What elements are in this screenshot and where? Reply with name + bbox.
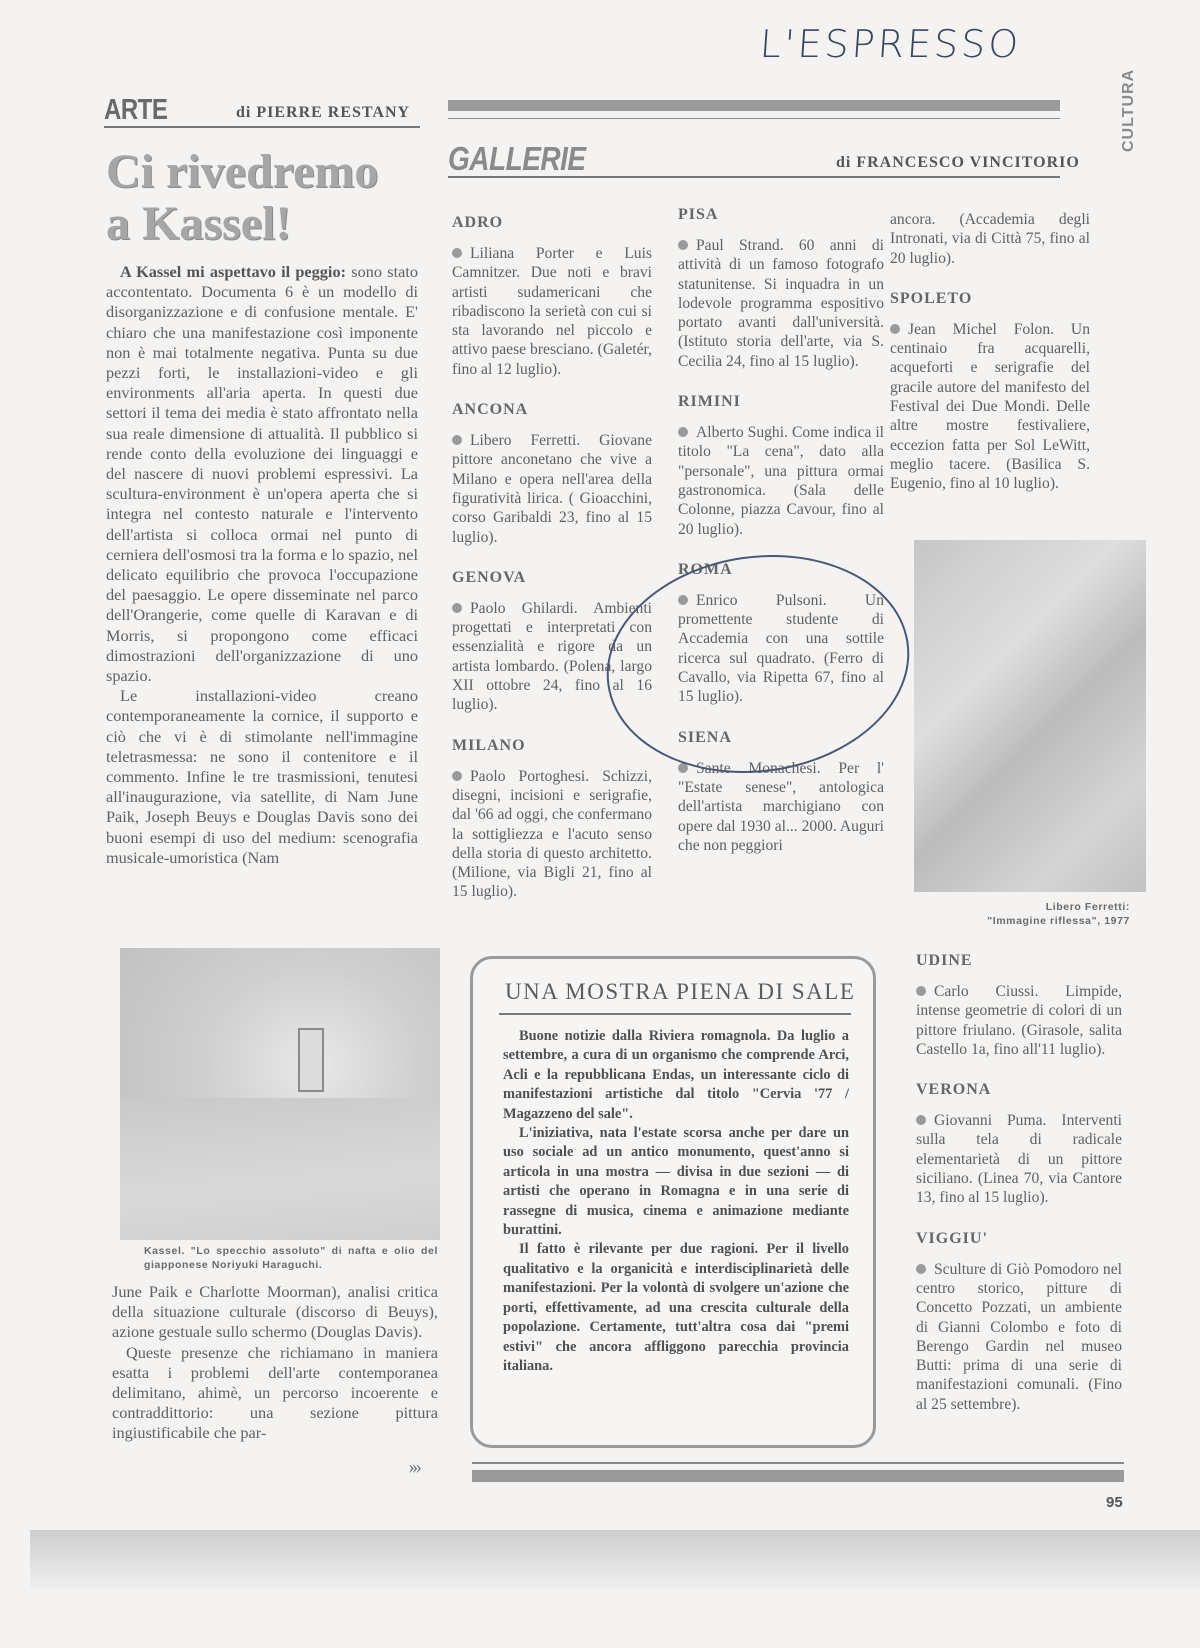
entry-text: Paul Strand. 60 anni di attività di un f… — [678, 237, 884, 370]
bullet-icon — [678, 240, 688, 250]
bullet-icon — [452, 435, 462, 445]
photo-mirror-shape — [298, 1028, 324, 1092]
city-heading: GENOVA — [452, 569, 652, 587]
arte-header-rule — [104, 126, 420, 128]
gallerie-col-1: ADRO Liliana Porter e Luis Camnitzer. Du… — [452, 214, 652, 924]
city-heading: ADRO — [452, 214, 652, 232]
box-para-3: Il fatto è rilevante per due ragioni. Pe… — [503, 1240, 849, 1376]
headline-line-1: Ci rivedremo — [106, 146, 426, 198]
arte-byline: di PIERRE RESTANY — [236, 104, 410, 122]
arte-para-4: Queste presenze che richiamano in manier… — [112, 1343, 438, 1444]
bullet-icon — [452, 248, 462, 258]
gallery-entry-pisa: PISA Paul Strand. 60 anni di attività di… — [678, 206, 884, 371]
gallerie-byline: di FRANCESCO VINCITORIO — [836, 154, 1080, 172]
bullet-icon — [916, 1115, 926, 1125]
box-title-rule — [499, 1013, 851, 1015]
city-heading: RIMINI — [678, 393, 884, 411]
ferretti-photo — [914, 540, 1146, 892]
entry-text: Liliana Porter e Luis Camnitzer. Due not… — [452, 245, 652, 378]
bullet-icon — [452, 771, 462, 781]
ferretti-photo-caption: Libero Ferretti: "Immagine riflessa", 19… — [920, 900, 1130, 928]
city-heading: SPOLETO — [890, 290, 1090, 308]
bullet-icon — [890, 324, 900, 334]
box-body: Buone notizie dalla Riviera romagnola. D… — [503, 1027, 849, 1376]
arte-para-1: sono stato accontentato. Documenta 6 è u… — [106, 262, 418, 685]
kassel-photo-caption: Kassel. "Lo specchio assoluto" di nafta … — [144, 1244, 438, 1272]
bullet-icon — [678, 427, 688, 437]
entry-text: Carlo Ciussi. Limpide, intense geometrie… — [916, 983, 1122, 1058]
footer-band — [472, 1470, 1124, 1482]
gallerie-section-label: GALLERIE — [448, 140, 586, 178]
entry-text: Alberto Sughi. Come indica il titolo "La… — [678, 424, 884, 537]
page-number: 95 — [1106, 1494, 1123, 1511]
continue-arrows-icon: ››› — [408, 1456, 419, 1479]
bullet-icon — [916, 986, 926, 996]
gallery-entry-verona: VERONA Giovanni Puma. Interventi sulla t… — [916, 1081, 1122, 1207]
gallerie-col-2: PISA Paul Strand. 60 anni di attività di… — [678, 206, 884, 877]
gallery-entry-udine: UDINE Carlo Ciussi. Limpide, intense geo… — [916, 952, 1122, 1059]
bullet-icon — [916, 1264, 926, 1274]
gallery-entry-adro: ADRO Liliana Porter e Luis Camnitzer. Du… — [452, 214, 652, 379]
city-heading: PISA — [678, 206, 884, 224]
gallerie-top-band — [448, 100, 1060, 111]
arte-section-label: ARTE — [104, 94, 167, 128]
section-tab-cultura: CULTURA — [1120, 69, 1138, 152]
entry-text: Sante Monachesi. Per l' "Estate senese",… — [678, 760, 884, 854]
gallery-entry-viggiu: VIGGIU' Sculture di Giò Pomodoro nel cen… — [916, 1230, 1122, 1414]
entry-text: Libero Ferretti. Giovane pittore anconet… — [452, 432, 652, 545]
city-heading: VIGGIU' — [916, 1230, 1122, 1248]
arte-body-top: A Kassel mi aspettavo il peggio: sono st… — [106, 262, 418, 868]
gallery-entry-spoleto: SPOLETO Jean Michel Folon. Un centinaio … — [890, 290, 1090, 494]
bullet-icon — [452, 603, 462, 613]
gallery-entry-milano: MILANO Paolo Portoghesi. Schizzi, disegn… — [452, 737, 652, 902]
entry-text: Giovanni Puma. Interventi sulla tela di … — [916, 1112, 1122, 1206]
lead-bold: A Kassel mi aspettavo il peggio: — [120, 262, 346, 281]
entry-text: Paolo Portoghesi. Schizzi, disegni, inci… — [452, 768, 652, 901]
arte-para-3: June Paik e Charlotte Moorman), analisi … — [112, 1282, 438, 1343]
city-heading: UDINE — [916, 952, 1122, 970]
city-heading: VERONA — [916, 1081, 1122, 1099]
city-heading: ANCONA — [452, 401, 652, 419]
entry-text: Sculture di Giò Pomodoro nel centro stor… — [916, 1261, 1122, 1413]
box-title: UNA MOSTRA PIENA DI SALE — [505, 979, 855, 1005]
box-para-2: L'iniziativa, nata l'estate scorsa anche… — [503, 1124, 849, 1240]
article-headline: Ci rivedremo a Kassel! — [106, 146, 426, 250]
sidebar-box-article: UNA MOSTRA PIENA DI SALE Buone notizie d… — [470, 956, 876, 1448]
handwritten-annotation: L'ESPRESSO — [758, 22, 1022, 66]
city-heading: MILANO — [452, 737, 652, 755]
arte-para-2: Le installazioni-video creano contempora… — [106, 686, 418, 868]
footer-rule — [472, 1462, 1124, 1464]
gallerie-col-3-bottom: UDINE Carlo Ciussi. Limpide, intense geo… — [916, 952, 1122, 1436]
gallerie-col-3-top: ancora. (Accademia degli Intronati, via … — [890, 210, 1090, 516]
headline-line-2: a Kassel! — [106, 198, 426, 250]
gallerie-header-rule — [448, 176, 1060, 178]
gallery-entry-rimini: RIMINI Alberto Sughi. Come indica il tit… — [678, 393, 884, 539]
arte-body-bottom: June Paik e Charlotte Moorman), analisi … — [112, 1282, 438, 1444]
kassel-photo — [120, 948, 440, 1240]
gallery-entry-ancona: ANCONA Libero Ferretti. Giovane pittore … — [452, 401, 652, 547]
box-para-1: Buone notizie dalla Riviera romagnola. D… — [503, 1027, 849, 1124]
scan-artifact-band — [30, 1530, 1200, 1590]
entry-continuation: ancora. (Accademia degli Intronati, via … — [890, 210, 1090, 268]
entry-text: Jean Michel Folon. Un centinaio fra acqu… — [890, 321, 1090, 492]
